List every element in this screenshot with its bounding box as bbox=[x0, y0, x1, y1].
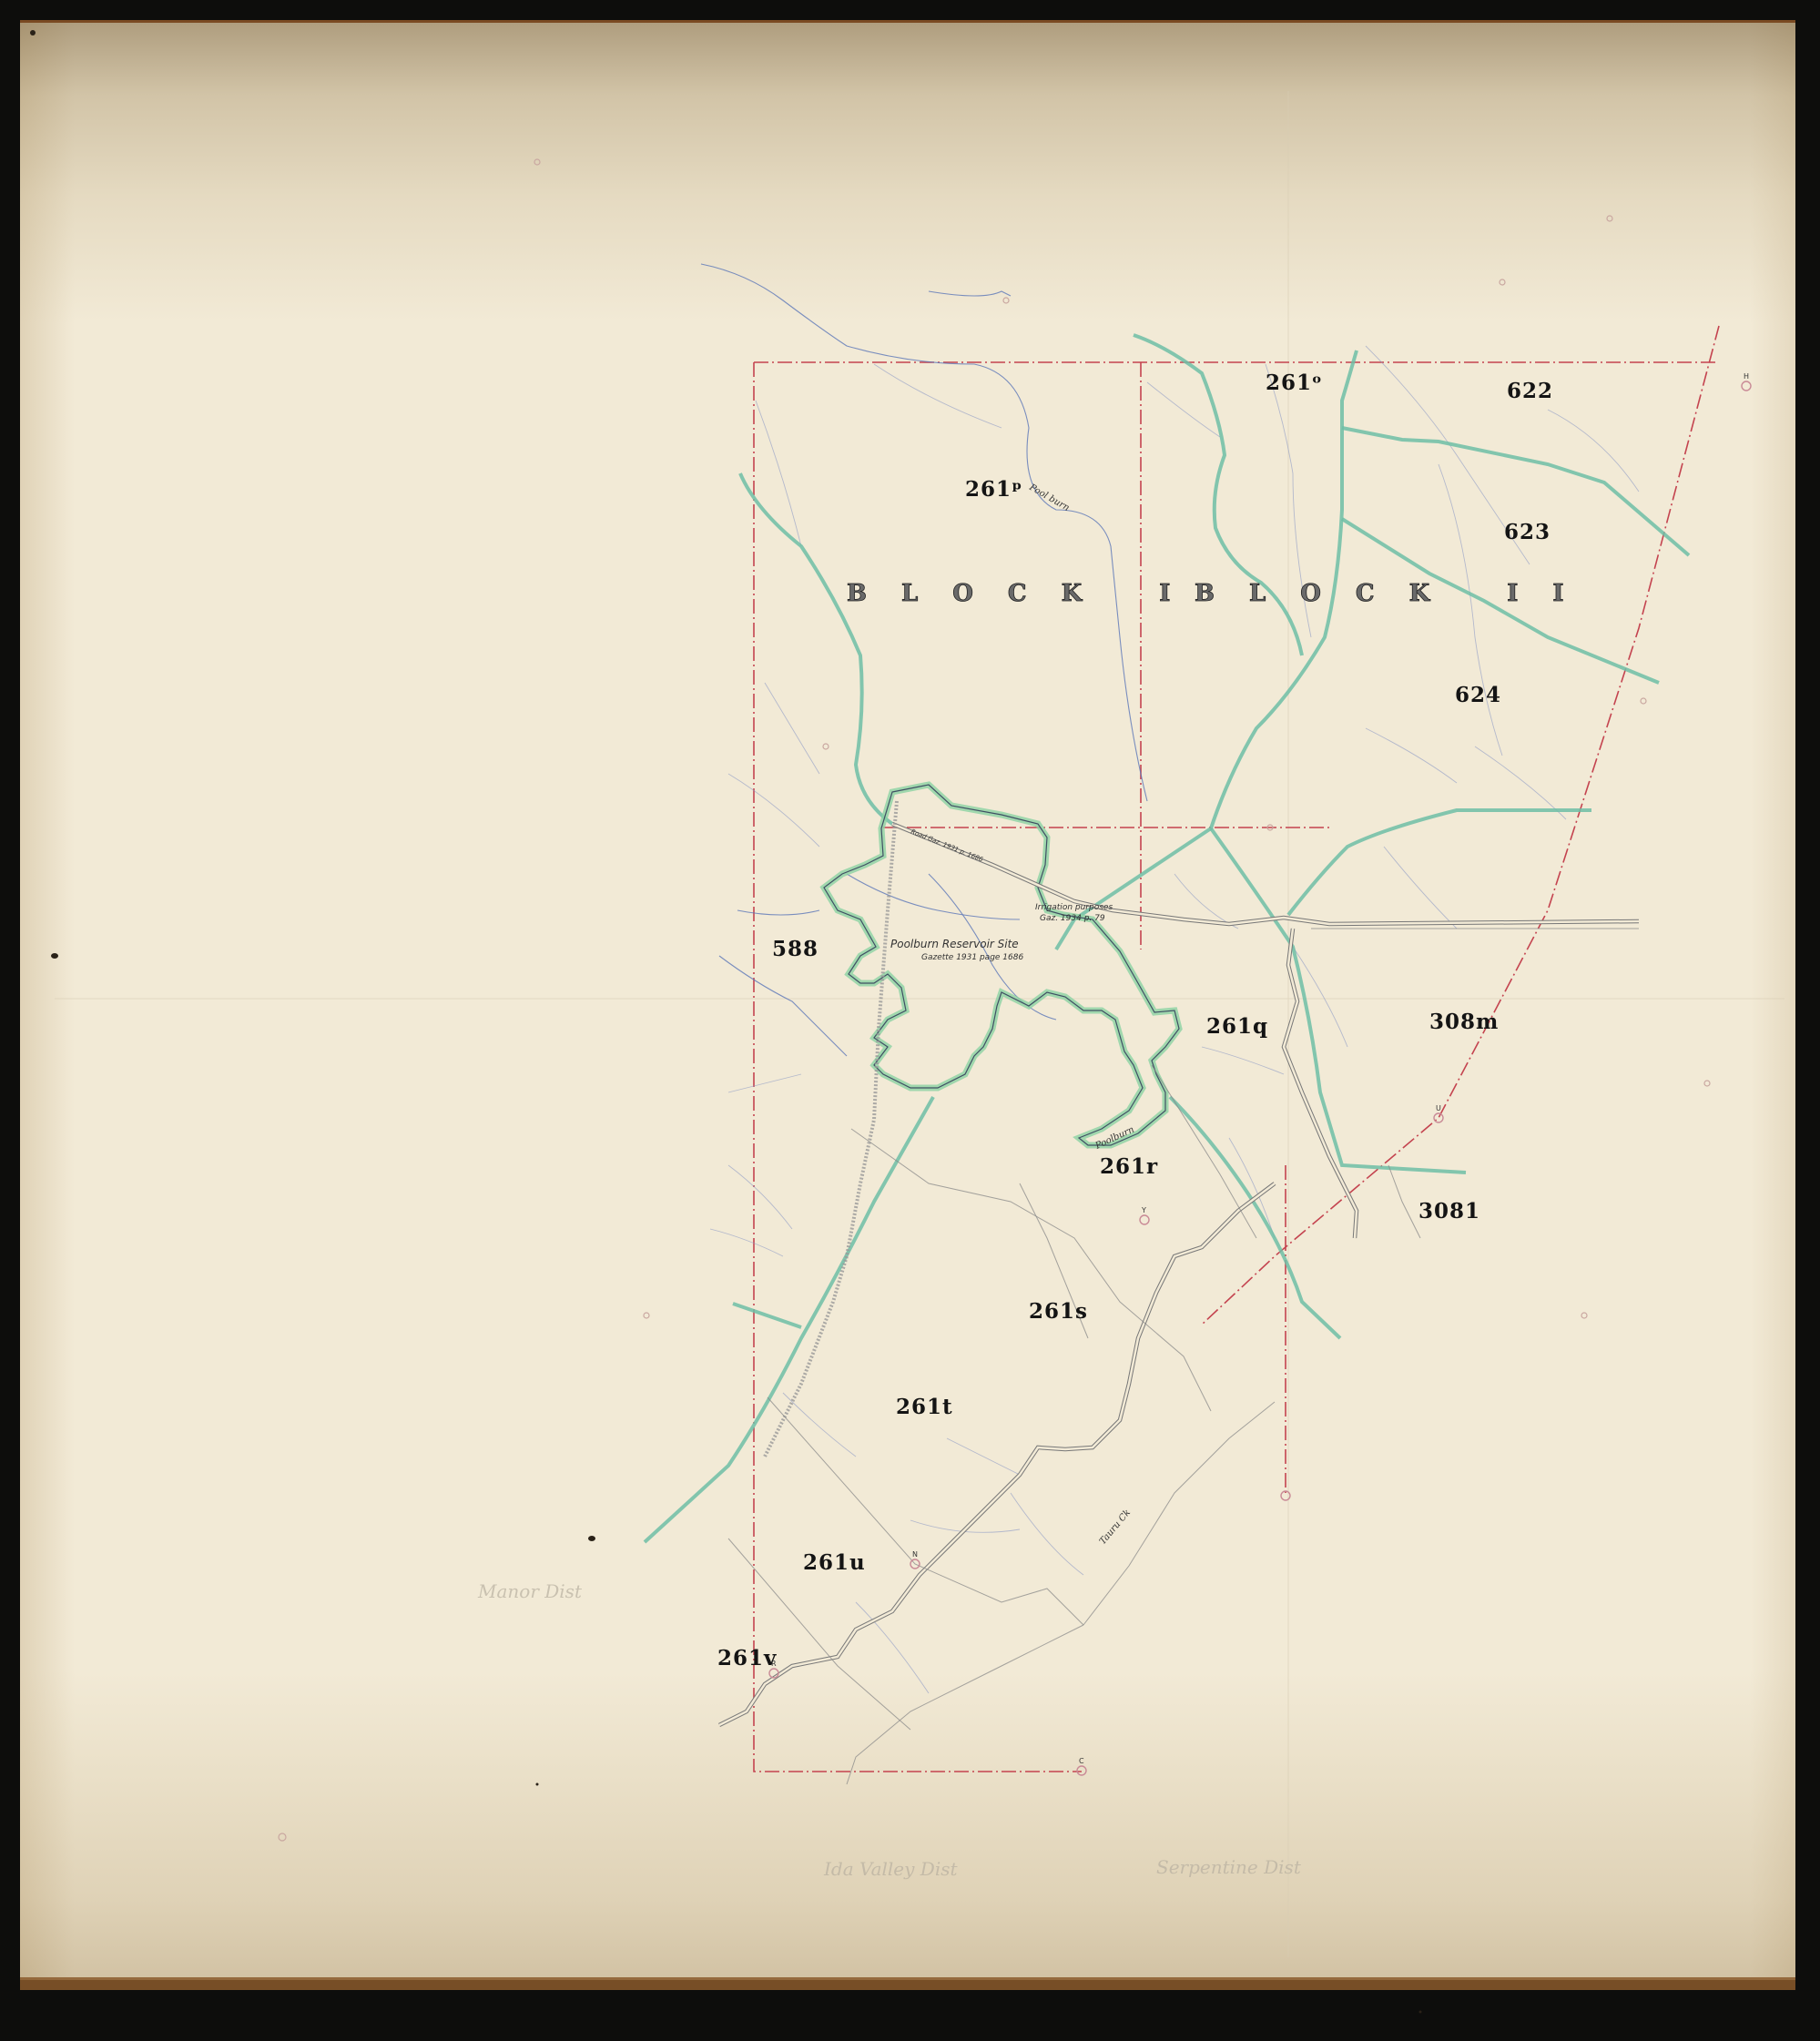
trig-station-letter: Y bbox=[1141, 1206, 1146, 1214]
trig-station[interactable]: H bbox=[1742, 372, 1751, 391]
section-lines bbox=[728, 929, 1639, 1784]
parcel-261t[interactable]: 261t bbox=[896, 1395, 953, 1419]
parcel-622[interactable]: 622 bbox=[1507, 379, 1553, 403]
block-labels: BLOCK I BLOCK II bbox=[847, 580, 1599, 607]
parcel-624[interactable]: 624 bbox=[1455, 683, 1501, 707]
parcel-308m[interactable]: 308m bbox=[1429, 1010, 1499, 1034]
fold-lines bbox=[55, 91, 1784, 1957]
parcel-labels: 261ᵒ 261ᵖ 622 623 624 588 261q 308m 261r… bbox=[717, 371, 1553, 1670]
parcel-261q[interactable]: 261q bbox=[1206, 1014, 1268, 1039]
road-gazette-note: Road Gaz. 1931 p. 1686 bbox=[910, 828, 984, 863]
block-label-ii: BLOCK II bbox=[1195, 580, 1599, 607]
trig-station-icon bbox=[1742, 381, 1751, 391]
pencil-note-serpentine: Serpentine Dist bbox=[1156, 1856, 1302, 1878]
parcel-3081[interactable]: 3081 bbox=[1418, 1199, 1480, 1224]
block-label-i: BLOCK I bbox=[847, 580, 1205, 607]
trig-station-icon bbox=[1434, 1113, 1443, 1122]
trig-station-letter: C bbox=[1079, 1757, 1084, 1765]
trig-station-letter: U bbox=[1436, 1104, 1441, 1112]
trig-station[interactable]: C bbox=[1077, 1757, 1086, 1775]
creek-label-tauru: Tauru Ck bbox=[1098, 1508, 1133, 1547]
creek-labels: Pool burn Poolburn Tauru Ck bbox=[1027, 482, 1136, 1547]
trig-station[interactable]: Y bbox=[1140, 1206, 1149, 1224]
poolburn-reservoir bbox=[824, 785, 1179, 1145]
parcel-261o[interactable]: 261ᵒ bbox=[1266, 371, 1323, 395]
parcel-261r[interactable]: 261r bbox=[1100, 1154, 1158, 1179]
creek-label-poolburn-upper: Pool burn bbox=[1027, 482, 1072, 513]
pencil-note-ida-valley: Ida Valley Dist bbox=[823, 1858, 958, 1880]
reservoir-gazette-note: Gazette 1931 page 1686 bbox=[921, 953, 1023, 962]
reservoir-site-note: Poolburn Reservoir Site bbox=[890, 938, 1019, 950]
parcel-261p[interactable]: 261ᵖ bbox=[965, 477, 1022, 502]
annotations: Poolburn Reservoir Site Gazette 1931 pag… bbox=[890, 828, 1113, 962]
parcel-261u[interactable]: 261u bbox=[803, 1550, 866, 1575]
parcel-588[interactable]: 588 bbox=[772, 937, 818, 961]
parcel-623[interactable]: 623 bbox=[1504, 520, 1551, 544]
map-canvas[interactable]: HUYNRC BLOCK I BLOCK II 261ᵒ 261ᵖ 622 62… bbox=[0, 0, 1820, 2041]
pencil-note-manor: Manor Dist bbox=[477, 1580, 583, 1602]
irrigation-note: Irrigation purposes bbox=[1035, 903, 1113, 912]
parcel-261s[interactable]: 261s bbox=[1029, 1299, 1088, 1324]
pencil-notes: Manor Dist Ida Valley Dist Serpentine Di… bbox=[477, 1580, 1302, 1880]
survey-boundaries bbox=[754, 326, 1719, 1772]
irrigation-gazette-note: Gaz. 1934 p. 79 bbox=[1040, 914, 1105, 923]
parcel-261v[interactable]: 261v bbox=[717, 1646, 777, 1670]
trig-station-icon bbox=[1077, 1766, 1086, 1775]
trig-station-letter: H bbox=[1744, 372, 1749, 381]
trig-station-letter: N bbox=[912, 1550, 918, 1559]
trig-station-icon bbox=[1140, 1215, 1149, 1224]
streams bbox=[701, 264, 1639, 1693]
